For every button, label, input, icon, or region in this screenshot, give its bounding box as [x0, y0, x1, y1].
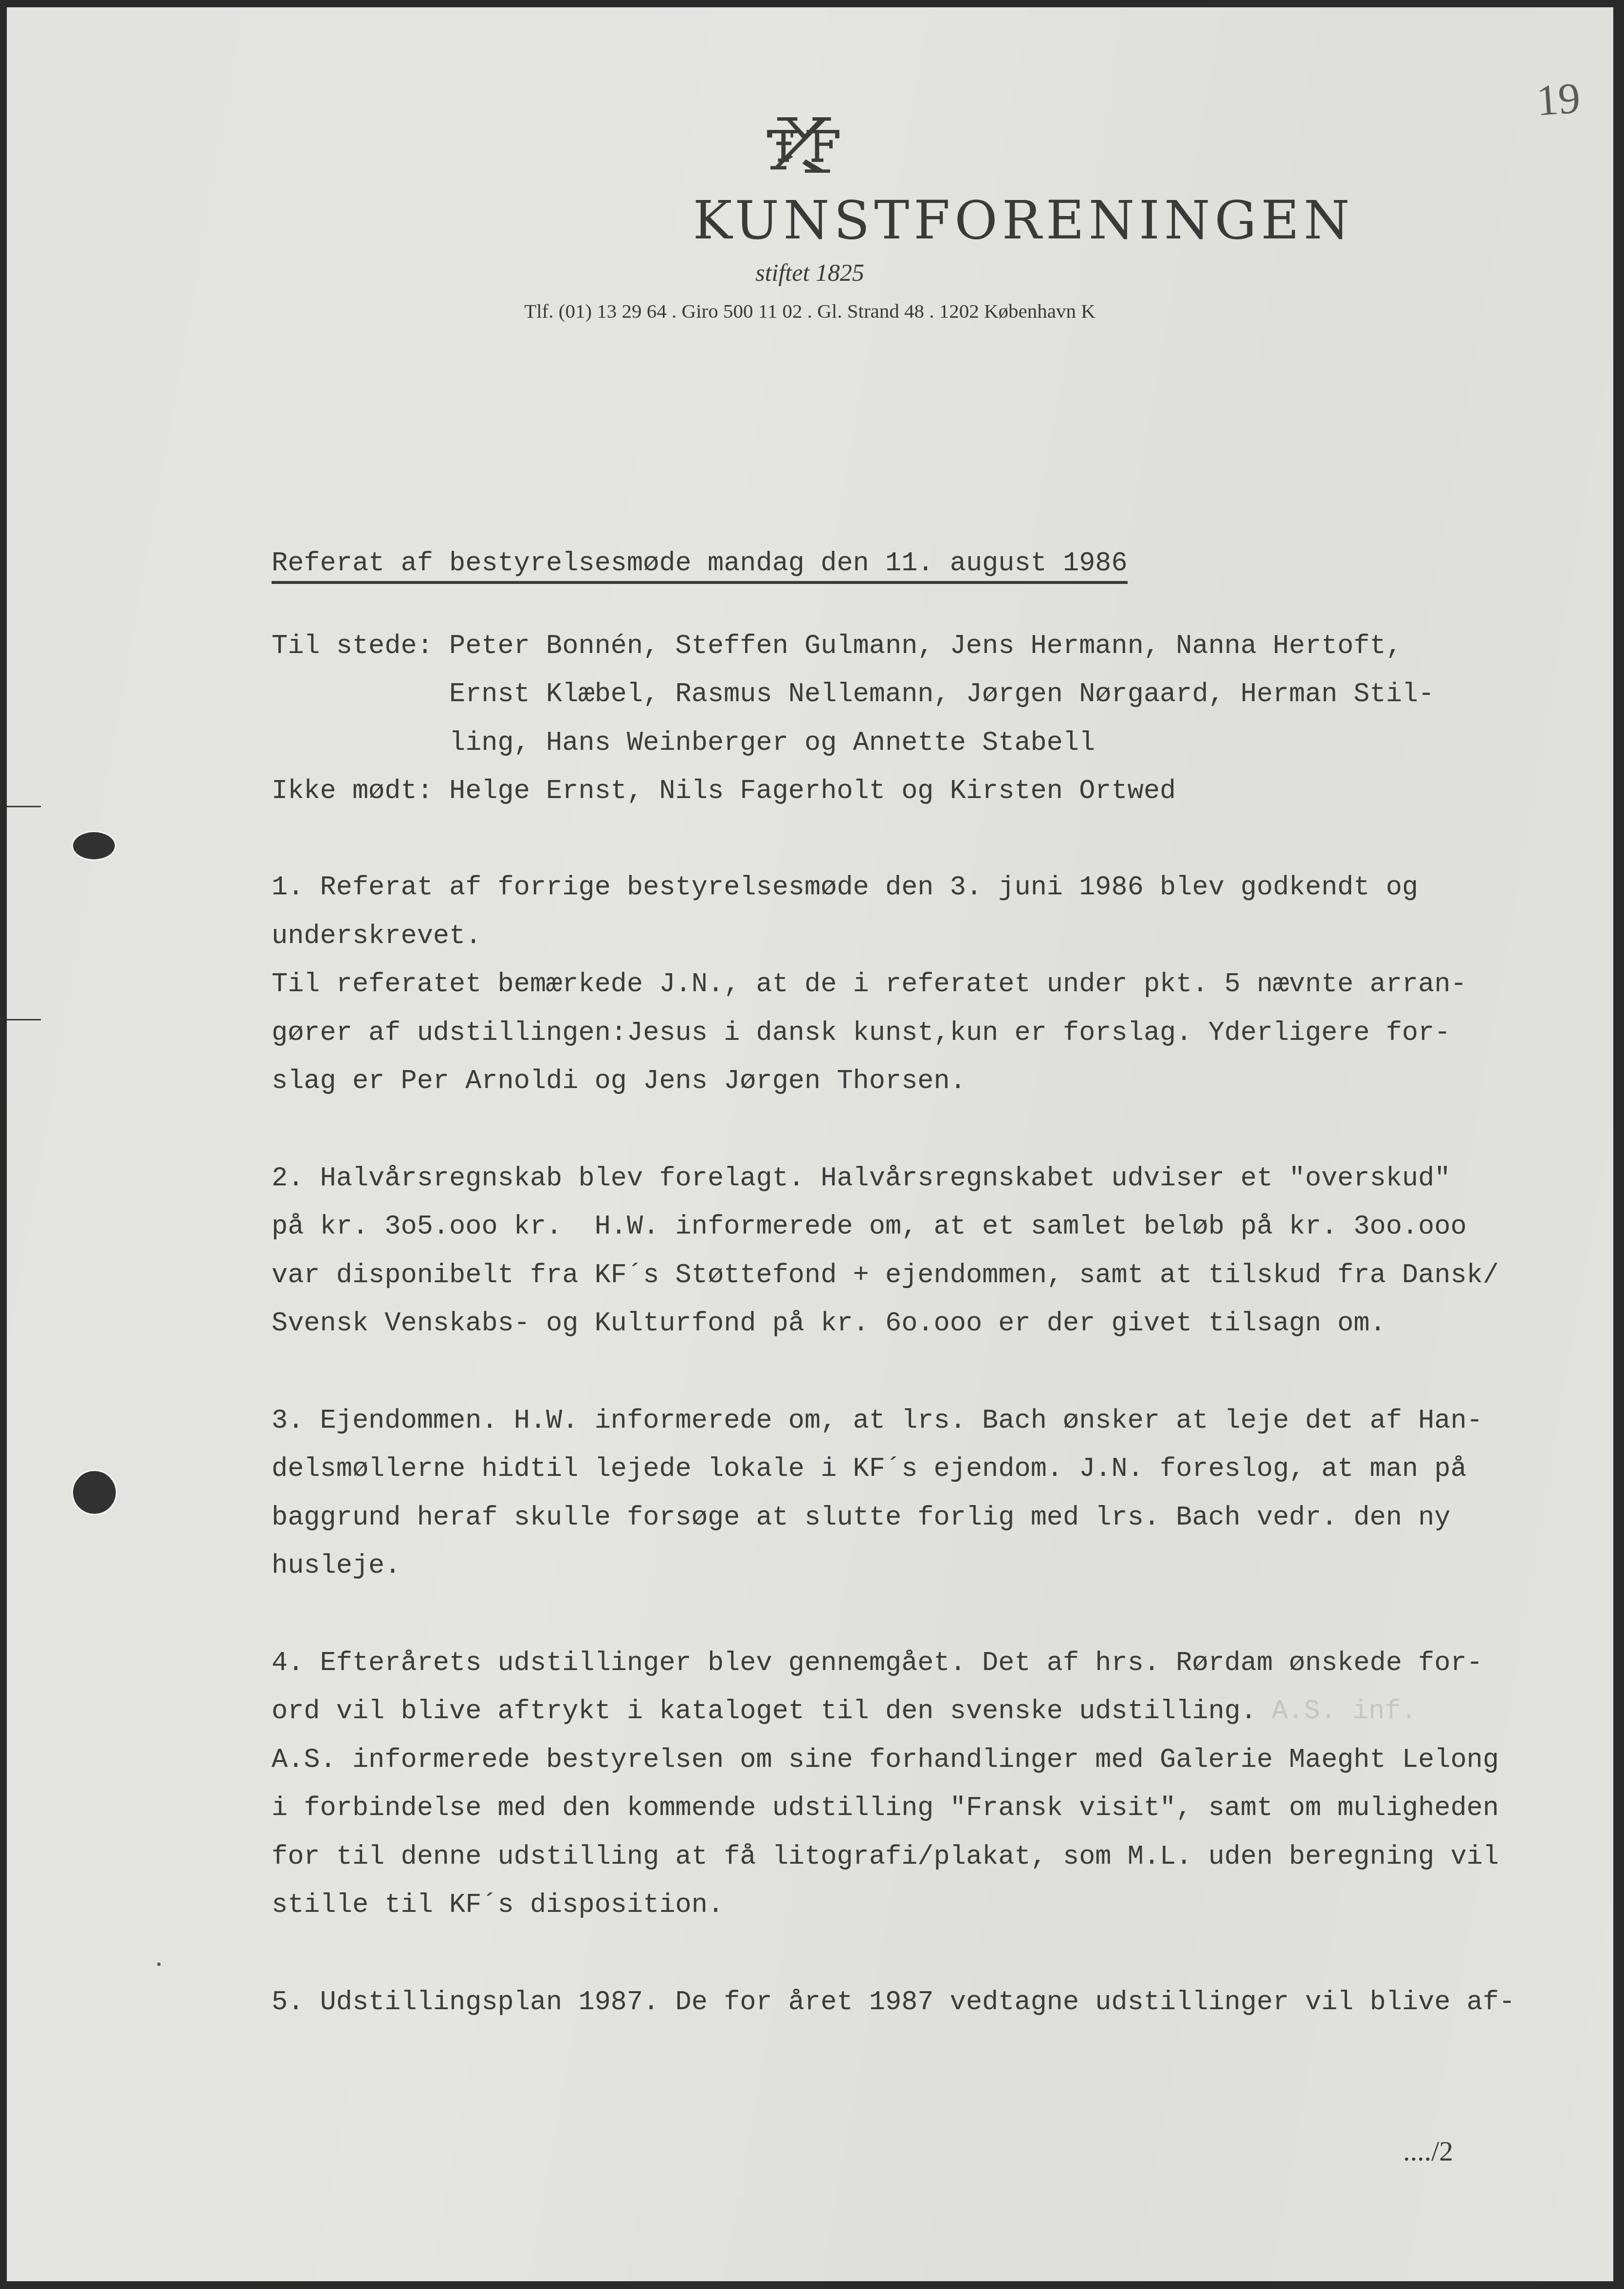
document-title: Referat af bestyrelsesmøde mandag den 11… [272, 550, 1128, 584]
present-names-line: Ernst Klæbel, Rasmus Nellemann, Jørgen N… [449, 681, 1434, 708]
item-text-line: 1. Referat af forrige bestyrelsesmøde de… [272, 874, 1418, 901]
fold-mark [7, 806, 41, 807]
item-text-line: underskrevet. [272, 923, 481, 949]
handwritten-folio-number: 19 [1535, 73, 1582, 126]
organization-name: KUNSTFORENINGEN [464, 195, 1583, 247]
present-names-line: Peter Bonnén, Steffen Gulmann, Jens Herm… [449, 633, 1402, 659]
document-page: KUNSTFORENINGEN stiftet 1825 Tlf. (01) 1… [7, 7, 1613, 2281]
item-text-line: Til referatet bemærkede J.N., at de i re… [272, 971, 1467, 998]
fold-mark [7, 1019, 41, 1020]
item-text-line: slag er Per Arnoldi og Jens Jørgen Thors… [272, 1068, 966, 1094]
absent-names-line: Helge Ernst, Nils Fagerholt og Kirsten O… [449, 778, 1176, 804]
contact-line: Tlf. (01) 13 29 64 . Giro 500 11 02 . Gl… [445, 301, 1175, 321]
item-text-line: 4. Efterårets udstillinger blev gennemgå… [272, 1650, 1483, 1676]
ink-speck [157, 1962, 161, 1966]
punch-hole [73, 1471, 116, 1514]
item-text-line: baggrund heraf skulle forsøge at slutte … [272, 1504, 1450, 1531]
punch-hole [73, 832, 115, 859]
item-text-line: A.S. informerede bestyrelsen om sine for… [272, 1746, 1499, 1773]
item-text-line: ord vil blive aftrykt i kataloget til de… [272, 1698, 1257, 1725]
item-text-line: for til denne udstilling at få litografi… [272, 1843, 1499, 1870]
item-text-line: stille til KF´s disposition. [272, 1891, 724, 1918]
item-text-line: 5. Udstillingsplan 1987. De for året 198… [272, 1989, 1515, 2016]
founded-line: stiftet 1825 [639, 260, 980, 285]
item-text-line: Svensk Venskabs- og Kulturfond på kr. 6o… [272, 1310, 1386, 1337]
erased-text: A.S. inf. [1272, 1698, 1417, 1725]
kf-monogram-icon [755, 111, 848, 177]
item-text-line: husleje. [272, 1552, 401, 1579]
agenda-item-1: 1. Referat af forrige bestyrelsesmøde de… [272, 330, 368, 519]
item-text-line: 2. Halvårsregnskab blev forelagt. Halvår… [272, 1165, 1450, 1192]
meeting-minutes: Referat af bestyrelsesmøde mandag den 11… [272, 7, 368, 1649]
present-names-line: ling, Hans Weinberger og Annette Stabell [449, 729, 1095, 756]
continuation-marker: ..../2 [1403, 2135, 1453, 2167]
present-label: Til stede: [272, 633, 433, 659]
item-text-line: var disponibelt fra KF´s Støttefond + ej… [272, 1262, 1499, 1289]
item-text-line: i forbindelse med den kommende udstillin… [272, 1795, 1499, 1821]
item-text-line: gører af udstillingen:Jesus i dansk kuns… [272, 1019, 1450, 1046]
item-text-line: delsmøllerne hidtil lejede lokale i KF´s… [272, 1455, 1467, 1482]
item-text-line: 3. Ejendommen. H.W. informerede om, at l… [272, 1407, 1483, 1434]
absent-label: Ikke mødt: [272, 778, 433, 804]
item-text-line: på kr. 3o5.ooo kr. H.W. informerede om, … [272, 1213, 1467, 1240]
